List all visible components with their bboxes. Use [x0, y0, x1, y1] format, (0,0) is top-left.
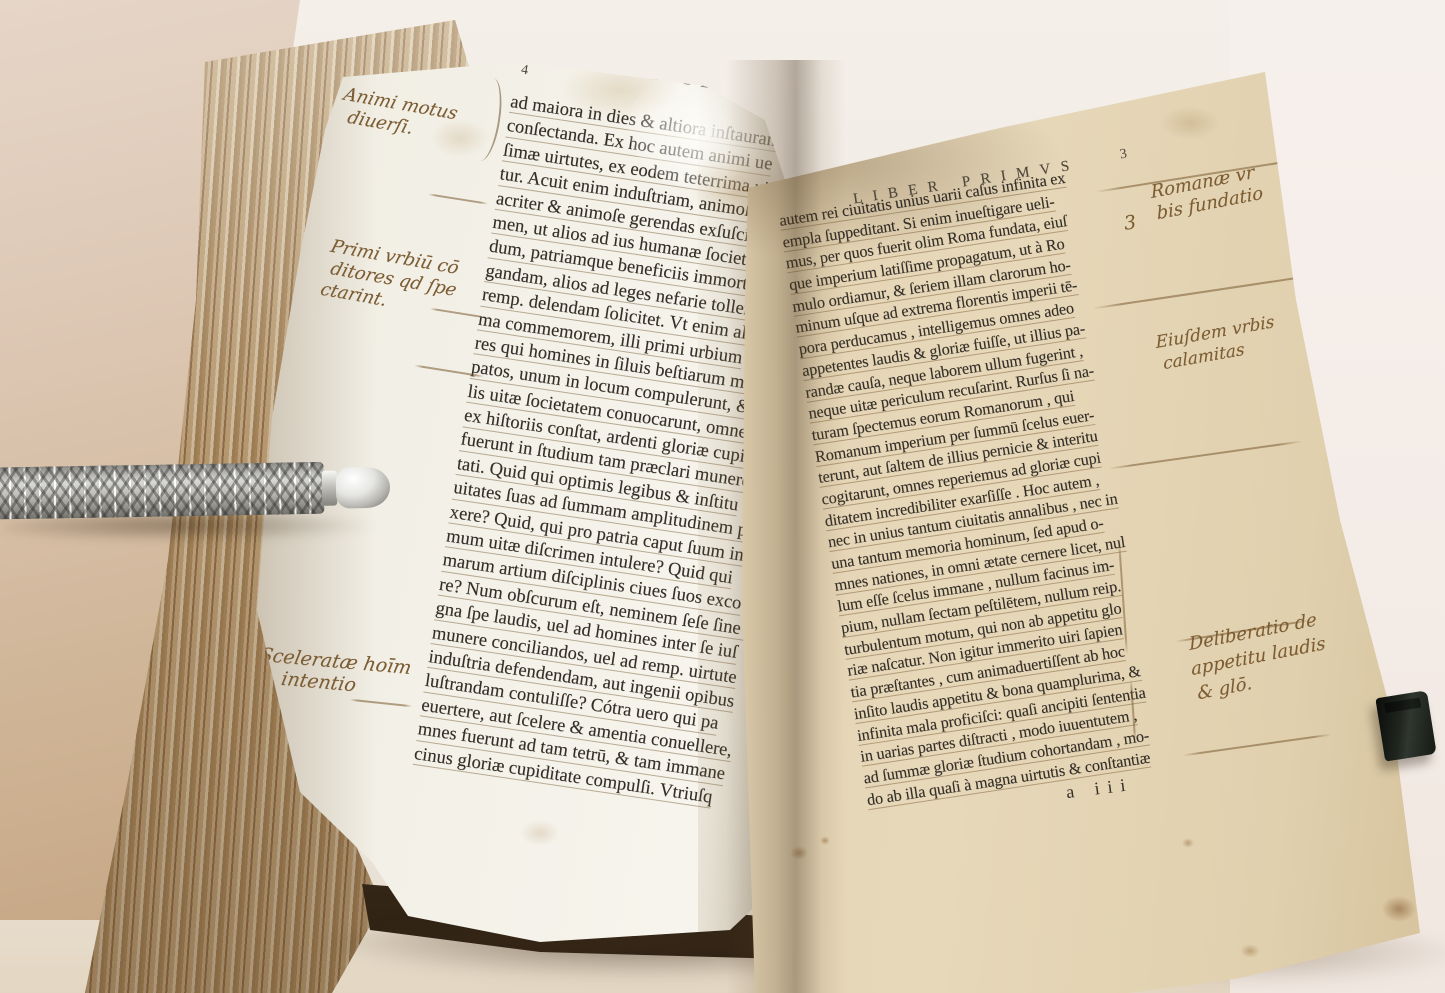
foxing-spot: [1382, 896, 1416, 922]
clasp-rod-collar: [322, 471, 338, 506]
foxing-spot: [1182, 838, 1194, 848]
clasp-rod-shaft: [0, 462, 324, 520]
clasp-tab-fold: [1384, 698, 1421, 714]
clasp-tab: [1375, 690, 1436, 761]
ink-rule: [428, 193, 488, 204]
stain: [430, 118, 490, 158]
gutter-shadow: [726, 60, 846, 993]
left-page-number: 4: [520, 63, 529, 80]
clasp-rod-tip: [336, 467, 391, 509]
stain: [520, 820, 560, 846]
antique-book-photo: 4 DE GLORIA ad maiora in dies & altiora …: [0, 0, 1445, 993]
margin-note-romanae-urbis: Romanæ vr bis fundatio: [1150, 161, 1264, 226]
foxing-spot: [1240, 944, 1260, 958]
clasp-rod: [0, 458, 398, 521]
margin-note-eiusdem-urbis: Eiuſdem vrbis calamitas: [1155, 311, 1277, 376]
stain: [1160, 106, 1220, 140]
